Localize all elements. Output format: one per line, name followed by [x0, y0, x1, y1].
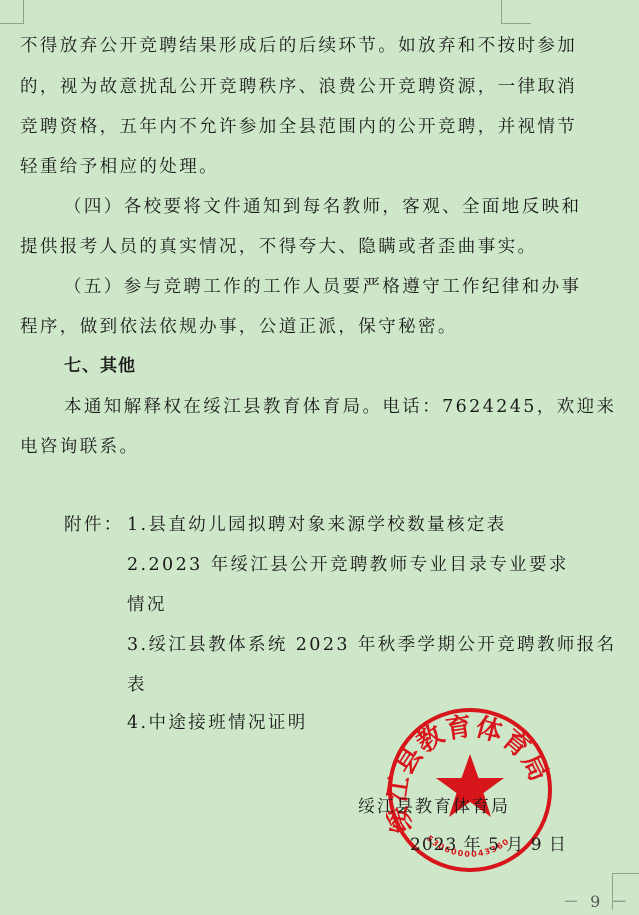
crop-mark-top-left [0, 0, 24, 24]
attachment-item: 表 [127, 675, 639, 695]
body-line: 的，视为故意扰乱公开竞聘秩序、浪费公开竞聘资源，一律取消 [20, 77, 620, 97]
signature-date: 2023 年 5 月 9 日 [410, 830, 567, 855]
body-line: 电咨询联系。 [20, 437, 620, 457]
section-heading: 七、其他 [64, 356, 639, 376]
crop-mark-top-right [501, 0, 639, 23]
attachment-item: 1.县直幼儿园拟聘对象来源学校数量核定表 [127, 515, 639, 535]
body-line: （四）各校要将文件通知到每名教师，客观、全面地反映和 [64, 197, 639, 217]
page-number: － 9 － [563, 889, 630, 912]
attachment-item: 4.中途接班情况证明 [127, 713, 639, 733]
body-line: 程序，做到依法依规办事，公道正派，保守秘密。 [20, 317, 620, 337]
attachment-item: 2.2023 年绥江县公开竞聘教师专业目录专业要求 [127, 555, 639, 575]
body-line: 轻重给予相应的处理。 [20, 157, 620, 177]
body-line: 竞聘资格，五年内不允许参加全县范围内的公开竞聘，并视情节 [20, 117, 620, 137]
attachment-item: 情况 [127, 595, 639, 615]
attachment-item: 3.绥江县教体系统 2023 年秋季学期公开竞聘教师报名 [127, 635, 639, 655]
body-line: 提供报考人员的真实情况，不得夸大、隐瞒或者歪曲事实。 [20, 237, 620, 257]
body-line: 不得放弃公开竞聘结果形成后的后续环节。如放弃和不按时参加 [20, 36, 620, 56]
body-line: （五）参与竞聘工作的工作人员要严格遵守工作纪律和办事 [64, 277, 639, 297]
signature-org: 绥江县教育体育局 [358, 792, 510, 817]
attachments-label: 附件： [64, 515, 124, 535]
body-line: 本通知解释权在绥江县教育体育局。电话：7624245，欢迎来 [64, 397, 639, 417]
